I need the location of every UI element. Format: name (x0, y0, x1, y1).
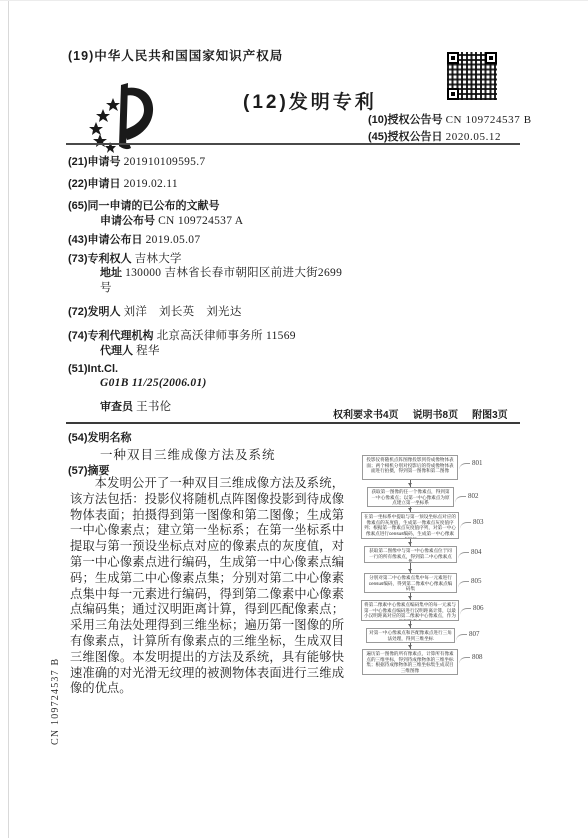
drawings-pages: 附图3页 (472, 410, 508, 421)
publication-number-row: 申请公布号 CN 109724537 A (100, 212, 243, 228)
publication-date-label: (43)申请公布日 (68, 234, 143, 246)
agency-row: (74)专利代理机构 北京高沃律师事务所 11569 (68, 327, 296, 343)
patent-front-page: (19)中华人民共和国国家知识产权局 (12)发明专利 (10)授权公告号 CN… (0, 0, 588, 838)
application-number-label: (21)申请号 (68, 156, 121, 168)
flowchart-step-box: 获取第一图像的任一个像素点，得到第一中心像素点；以第一中心像素点为原点建立第一坐… (367, 487, 454, 507)
flowchart-step-id: 801 (472, 459, 483, 467)
flowchart-leader-line (460, 522, 471, 529)
patentee-value: 吉林大学 (135, 253, 182, 265)
prior-publication-row: (65)同一申请的已公布的文献号 (68, 197, 220, 213)
flowchart-leader-line (458, 552, 469, 559)
abstract-text: 本发明公开了一种双目三维成像方法及系统，该方法包括：投影仪将随机点阵图像投影到待… (70, 476, 344, 697)
address-value: 130000 吉林省长春市朝阳区前进大街2699号 (100, 267, 342, 294)
grant-number-label: (10)授权公告号 (368, 114, 443, 126)
application-number-row: (21)申请号 201910109595.7 (68, 153, 205, 169)
flowchart-arrow-icon (410, 539, 411, 546)
examiner-row: 审查员 王书伦 (100, 398, 171, 414)
application-date-label: (22)申请日 (68, 178, 121, 190)
patentee-label: (73)专利权人 (68, 253, 132, 265)
grant-date-line: (45)授权公告日 2020.05.12 (368, 128, 501, 144)
application-date-value: 2019.02.11 (124, 178, 178, 190)
flowchart-step-box: 将第二像素中心像素点编码集中的每一元素与第一中心像素点编码进行汉明距离计算，以最… (361, 600, 459, 621)
grant-date-value: 2020.05.12 (446, 131, 502, 143)
intcl-value: G01B 11/25(2006.01) (100, 377, 207, 389)
agent-row: 代理人 程华 (100, 342, 160, 358)
flowchart-step-id: 805 (471, 577, 482, 585)
flowchart-step-box: 遍历第一图像的所有像素点，计算所有像素点的三维坐标，得到待成像物体的三维坐标集；… (362, 649, 458, 675)
publication-date-value: 2019.05.07 (146, 234, 201, 246)
scan-edge-left (8, 0, 9, 838)
flowchart-step-id: 807 (469, 630, 480, 638)
inventors-row: (72)发明人 刘洋 刘长英 刘光达 (68, 303, 242, 319)
prior-publication-label: (65)同一申请的已公布的文献号 (68, 200, 220, 212)
flowchart-step-box: 投影仪将随机点阵图像投影到待成像物体表面；两个相机分别对投影后的待成像物体表面进… (362, 455, 458, 480)
flowchart-step-id: 803 (473, 518, 484, 526)
address-label: 地址 (100, 267, 122, 279)
intcl-row: (51)Int.Cl. (68, 363, 118, 375)
flowchart-arrow-icon (410, 563, 411, 573)
grant-number-line: (10)授权公告号 CN 109724537 B (368, 111, 532, 127)
inventors-label: (72)发明人 (68, 306, 121, 318)
section-divider (66, 422, 520, 424)
intcl-value-row: G01B 11/25(2006.01) (100, 377, 207, 389)
examiner-label: 审查员 (100, 401, 133, 413)
application-date-row: (22)申请日 2019.02.11 (68, 175, 178, 191)
publication-number-value: CN 109724537 A (158, 215, 243, 227)
scan-edge-top (0, 0, 588, 1)
flowchart-step-id: 802 (468, 492, 479, 500)
flowchart-step-id: 804 (471, 548, 482, 556)
flowchart-step-box: 在第一坐标系中提取与第一预设坐标点对应的像素点的灰度值，生成第一像素点灰度值序列… (361, 512, 459, 539)
publication-number-label: 申请公布号 (100, 215, 155, 227)
agent-label: 代理人 (100, 345, 133, 357)
invention-title: 一种双目三维成像方法及系统 (100, 445, 276, 463)
flowchart-leader-line (458, 581, 469, 588)
header-divider (66, 143, 520, 145)
application-number-value: 201910109595.7 (124, 156, 206, 168)
flowchart-step-id: 806 (473, 604, 484, 612)
flowchart-leader-line (460, 608, 471, 615)
intcl-label: (51)Int.Cl. (68, 363, 118, 375)
flowchart-leader-line (455, 496, 466, 503)
flowchart-arrow-icon (410, 480, 411, 487)
patentee-row: (73)专利权人 吉林大学 (68, 250, 182, 266)
qr-code (447, 52, 497, 100)
flowchart-arrow-icon (410, 593, 411, 600)
flowchart-step-id: 808 (472, 653, 483, 661)
flowchart-leader-line (459, 657, 470, 664)
side-publication-number: CN 109724537 B (50, 615, 64, 745)
flowchart-arrow-icon (410, 621, 411, 628)
agency-value: 北京高沃律师事务所 11569 (157, 330, 296, 342)
grant-number-value: CN 109724537 B (446, 114, 532, 126)
qr-finder-icon (485, 52, 497, 64)
claims-pages: 权利要求书4页 (333, 410, 399, 421)
flowchart-leader-line (456, 634, 467, 641)
flowchart-step-box: 对第一中心像素点和匹配像素点进行三角法处理，得到三维坐标 (366, 628, 455, 643)
flowchart-step-box: 分别对第二中心像素点集中每一元素进行census编码，得到第二像素中心像素点编码… (364, 573, 457, 593)
address-row: 地址 130000 吉林省长春市朝阳区前进大街2699号 (100, 266, 344, 296)
agent-value: 程华 (136, 345, 160, 357)
invention-title-label: (54)发明名称 (68, 429, 132, 445)
description-pages: 说明书8页 (413, 410, 459, 421)
grant-date-label: (45)授权公告日 (368, 131, 443, 143)
issuing-office: (19)中华人民共和国国家知识产权局 (68, 46, 283, 64)
page-counts: 权利要求书4页说明书8页附图3页 (333, 406, 522, 421)
flowchart-step-box: 获取第二图像中与第一中心像素点位于同一行的所有像素点，得到第二中心像素点集 (364, 546, 457, 563)
inventors-value: 刘洋 刘长英 刘光达 (124, 306, 242, 318)
flowchart-leader-line (459, 463, 470, 470)
qr-finder-icon (447, 52, 459, 64)
document-type-title: (12)发明专利 (243, 87, 377, 114)
qr-finder-icon (447, 88, 459, 100)
examiner-value: 王书伦 (136, 401, 171, 413)
publication-date-row: (43)申请公布日 2019.05.07 (68, 231, 200, 247)
agency-label: (74)专利代理机构 (68, 330, 154, 342)
